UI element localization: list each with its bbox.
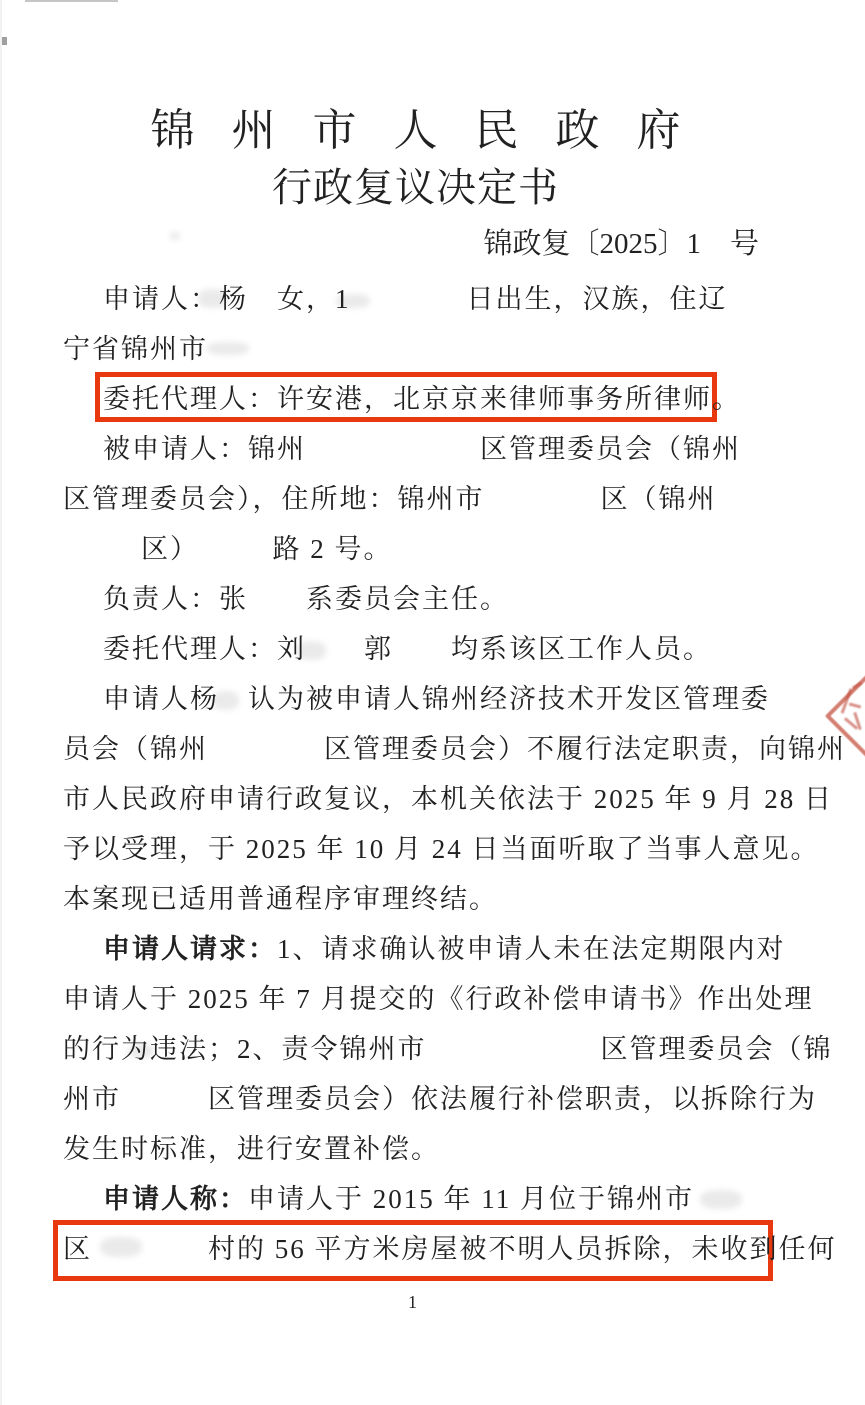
line-text: 1、请求确认被申请人未在法定期限内对 [277, 934, 786, 964]
document-line: 委托代理人：刘 郭 均系该区工作人员。 [63, 624, 821, 674]
line-text: 负责人：张 系委员会主任。 [103, 584, 509, 614]
line-text: 区管理委员会），住所地：锦州市 区（锦州 [63, 484, 717, 514]
line-bold-prefix: 申请人称： [103, 1184, 248, 1214]
document-line: 委托代理人：许安港，北京京来律师事务所律师。 [63, 374, 821, 424]
scan-edge-artifact [25, 0, 118, 2]
document-type-title: 行政复议决定书 [0, 162, 831, 214]
line-text: 本案现已适用普通程序审理终结。 [63, 884, 498, 914]
line-text: 申请人：杨 女，1 日出生，汉族，住辽 [103, 284, 728, 314]
document-line: 区管理委员会），住所地：锦州市 区（锦州 [63, 474, 821, 524]
document-body: 申请人：杨 女，1 日出生，汉族，住辽 宁省锦州市 委托代理人：许安港，北京京来… [63, 274, 821, 1274]
line-text: 区） 路 2 号。 [141, 534, 393, 564]
document-header: 锦 州 市 人 民 政 府 行政复议决定书 [0, 104, 831, 214]
document-line: 申请人于 2025 年 7 月提交的《行政补偿申请书》作出处理 [63, 974, 821, 1024]
scan-speck-artifact [2, 37, 7, 45]
line-text: 予以受理，于 2025 年 10 月 24 日当面听取了当事人意见。 [63, 834, 820, 864]
line-text: 申请人于 2025 年 7 月提交的《行政补偿申请书》作出处理 [63, 984, 814, 1014]
document-line: 本案现已适用普通程序审理终结。 [63, 874, 821, 924]
scanned-document-page: 锦 州 市 人 民 政 府 行政复议决定书 锦政复〔2025〕1 号 申请人：杨… [0, 0, 865, 1405]
line-text: 的行为违法；2、责令锦州市 区管理委员会（锦 [63, 1034, 833, 1064]
document-line: 州市 区管理委员会）依法履行补偿职责，以拆除行为 [63, 1074, 821, 1124]
document-line: 区） 路 2 号。 [63, 524, 821, 574]
document-line: 的行为违法；2、责令锦州市 区管理委员会（锦 [63, 1024, 821, 1074]
line-text: 被申请人：锦州 区管理委员会（锦州 [103, 434, 741, 464]
document-line: 负责人：张 系委员会主任。 [63, 574, 821, 624]
document-line: 申请人称：申请人于 2015 年 11 月位于锦州市 [63, 1174, 821, 1224]
line-text: 申请人于 2015 年 11 月位于锦州市 [248, 1184, 694, 1214]
document-line: 予以受理，于 2025 年 10 月 24 日当面听取了当事人意见。 [63, 824, 821, 874]
document-line: 申请人：杨 女，1 日出生，汉族，住辽 [63, 274, 821, 324]
document-reference-number: 锦政复〔2025〕1 号 [0, 224, 865, 264]
document-line: 申请人杨 认为被申请人锦州经济技术开发区管理委 [63, 674, 821, 724]
line-text: 委托代理人：刘 郭 均系该区工作人员。 [103, 634, 712, 664]
issuing-authority-title: 锦 州 市 人 民 政 府 [0, 104, 844, 158]
line-text: 申请人杨 认为被申请人锦州经济技术开发区管理委 [103, 684, 770, 714]
line-text: 市人民政府申请行政复议，本机关依法于 2025 年 9 月 28 日 [63, 784, 833, 814]
line-text: 州市 区管理委员会）依法履行补偿职责，以拆除行为 [63, 1084, 817, 1114]
line-text: 员会（锦州 区管理委员会）不履行法定职责，向锦州 [63, 734, 846, 764]
document-line: 市人民政府申请行政复议，本机关依法于 2025 年 9 月 28 日 [63, 774, 821, 824]
page-number: 1 [0, 1290, 825, 1314]
line-text: 发生时标准，进行安置补偿。 [63, 1134, 440, 1164]
line-bold-prefix: 申请人请求： [103, 934, 277, 964]
document-line: 区 村的 56 平方米房屋被不明人员拆除，未收到任何 [63, 1224, 821, 1274]
line-text: 宁省锦州市 [63, 334, 208, 364]
document-line: 被申请人：锦州 区管理委员会（锦州 [63, 424, 821, 474]
document-line: 发生时标准，进行安置补偿。 [63, 1124, 821, 1174]
line-text: 委托代理人：许安港，北京京来律师事务所律师。 [103, 384, 741, 414]
document-line: 宁省锦州市 [63, 324, 821, 374]
line-text: 区 村的 56 平方米房屋被不明人员拆除，未收到任何 [63, 1234, 837, 1264]
document-line: 申请人请求：1、请求确认被申请人未在法定期限内对 [63, 924, 821, 974]
document-line: 员会（锦州 区管理委员会）不履行法定职责，向锦州 [63, 724, 821, 774]
